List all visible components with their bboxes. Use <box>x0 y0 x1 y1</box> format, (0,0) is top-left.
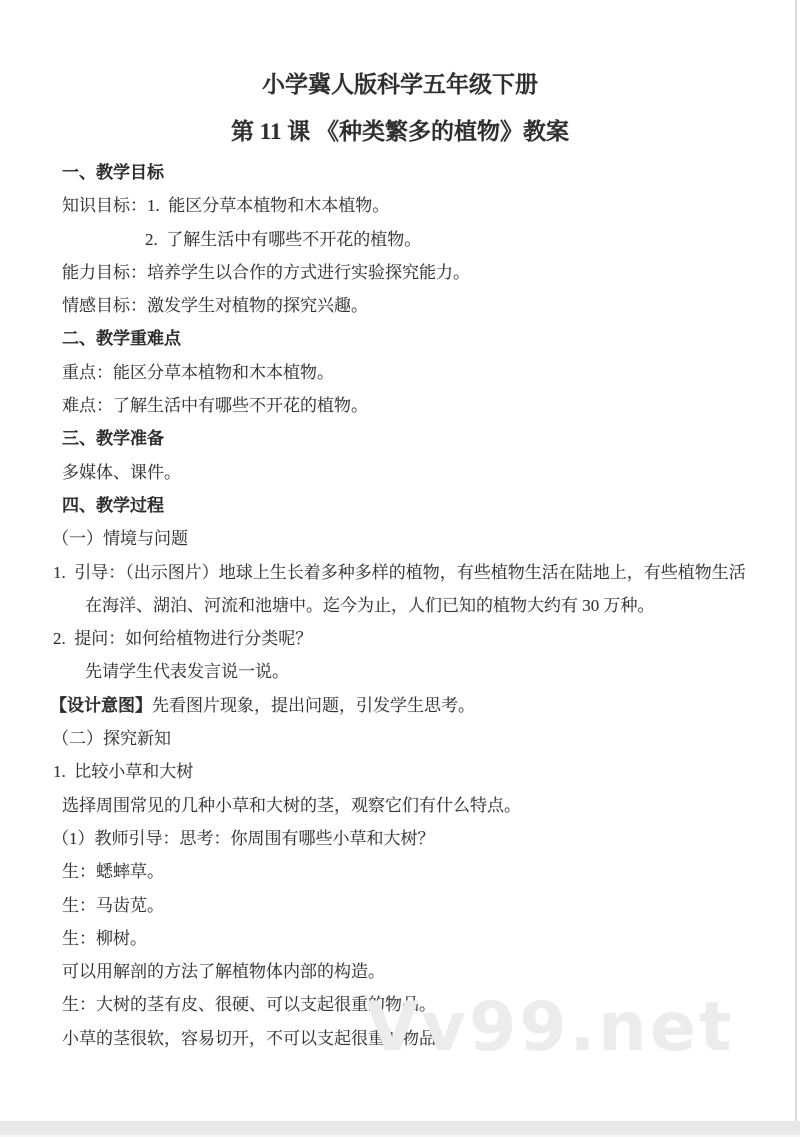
doc-paragraph: 难点：了解生活中有哪些不开花的植物。 <box>62 389 748 422</box>
doc-paragraph: 生：蟋蟀草。 <box>62 855 748 888</box>
doc-paragraph: 选择周围常见的几种小草和大树的茎，观察它们有什么特点。 <box>62 789 748 822</box>
document-page: 小学冀人版科学五年级下册 第 11 课 《种类繁多的植物》教案 一、教学目标知识… <box>0 0 800 1137</box>
doc-paragraph: （一）情境与问题 <box>52 522 748 555</box>
doc-paragraph: 2. 提问：如何给植物进行分类呢？ <box>85 622 748 655</box>
page-edge-line <box>795 0 797 1121</box>
doc-paragraph: 重点：能区分草本植物和木本植物。 <box>62 356 748 389</box>
doc-paragraph: 多媒体、课件。 <box>62 456 748 489</box>
bottom-band <box>0 1121 800 1137</box>
doc-paragraph: 先请学生代表发言说一说。 <box>85 655 748 688</box>
doc-paragraph: （1）教师引导：思考：你周围有哪些小草和大树？ <box>52 822 748 855</box>
doc-paragraph: 知识目标：1. 能区分草本植物和木本植物。 <box>62 189 748 222</box>
doc-body: 一、教学目标知识目标：1. 能区分草本植物和木本植物。2. 了解生活中有哪些不开… <box>0 156 800 1055</box>
section-heading: 三、教学准备 <box>62 422 748 455</box>
doc-paragraph: （二）探究新知 <box>52 722 748 755</box>
doc-paragraph: 生：马齿苋。 <box>62 889 748 922</box>
doc-title-line2: 第 11 课 《种类繁多的植物》教案 <box>0 108 800 156</box>
section-heading: 一、教学目标 <box>62 156 748 189</box>
doc-paragraph: 生：大树的茎有皮、很硬、可以支起很重的物品。 <box>62 988 748 1021</box>
doc-paragraph: 2. 了解生活中有哪些不开花的植物。 <box>145 223 748 256</box>
doc-title-block: 小学冀人版科学五年级下册 第 11 课 《种类繁多的植物》教案 <box>0 0 800 156</box>
section-heading: 二、教学重难点 <box>62 322 748 355</box>
doc-paragraph: 可以用解剖的方法了解植物体内部的构造。 <box>62 955 748 988</box>
doc-paragraph: 小草的茎很软，容易切开，不可以支起很重的物品。 <box>62 1022 748 1055</box>
doc-paragraph: 生：柳树。 <box>62 922 748 955</box>
doc-paragraph: 情感目标：激发学生对植物的探究兴趣。 <box>62 289 748 322</box>
doc-paragraph: 1. 引导：（出示图片）地球上生长着多种多样的植物，有些植物生活在陆地上，有些植… <box>85 556 748 589</box>
doc-paragraph: 能力目标：培养学生以合作的方式进行实验探究能力。 <box>62 256 748 289</box>
doc-title-line1: 小学冀人版科学五年级下册 <box>0 62 800 108</box>
doc-paragraph: 在海洋、湖泊、河流和池塘中。迄今为止，人们已知的植物大约有 30 万种。 <box>85 589 748 622</box>
design-intent-label: 【设计意图】 <box>50 696 152 715</box>
doc-paragraph: 【设计意图】先看图片现象，提出问题，引发学生思考。 <box>50 689 748 722</box>
section-heading: 四、教学过程 <box>62 489 748 522</box>
doc-paragraph: 1. 比较小草和大树 <box>85 755 748 788</box>
